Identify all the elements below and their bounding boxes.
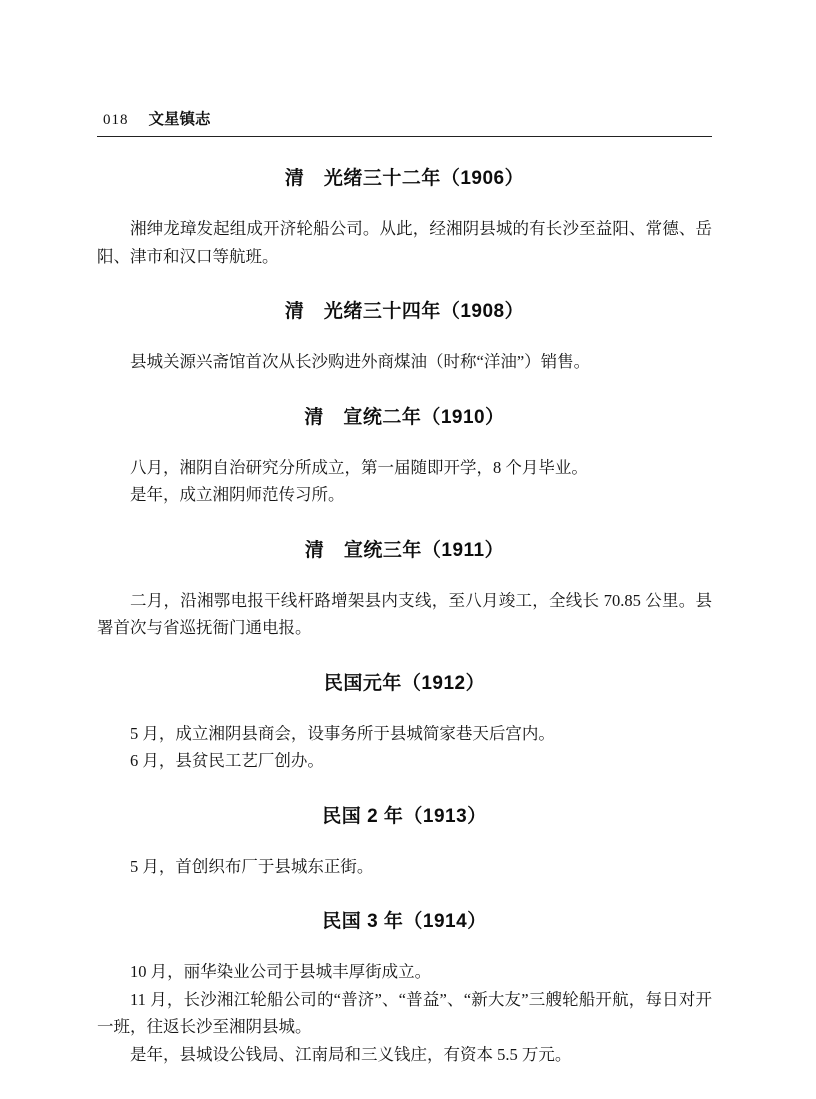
book-title: 文星镇志 <box>149 107 211 129</box>
paragraph: 县城关源兴斋馆首次从长沙购进外商煤油（时称“洋油”）销售。 <box>97 348 712 376</box>
paragraph: 11 月，长沙湘江轮船公司的“普济”、“普益”、“新大友”三艘轮船开航，每日对开… <box>97 986 712 1041</box>
section-1910: 清 宣统二年（1910） 八月，湘阴自治研究分所成立，第一届随即开学，8 个月毕… <box>97 402 712 509</box>
section-1912: 民国元年（1912） 5 月，成立湘阴县商会，设事务所于县城简家巷天后宫内。 6… <box>97 668 712 775</box>
page-number: 018 <box>103 112 129 129</box>
section-1913: 民国 2 年（1913） 5 月，首创织布厂于县城东正街。 <box>97 801 712 881</box>
paragraph: 6 月，县贫民工艺厂创办。 <box>97 747 712 775</box>
book-page: 018 文星镇志 清 光绪三十二年（1906） 湘绅龙璋发起组成开济轮船公司。从… <box>0 0 816 1099</box>
chronicle-content: 清 光绪三十二年（1906） 湘绅龙璋发起组成开济轮船公司。从此，经湘阴县城的有… <box>97 163 712 1068</box>
year-heading: 清 宣统三年（1911） <box>97 535 712 562</box>
year-heading: 清 光绪三十四年（1908） <box>97 296 712 323</box>
year-heading: 民国元年（1912） <box>97 668 712 695</box>
paragraph: 是年，县城设公钱局、江南局和三义钱庄，有资本 5.5 万元。 <box>97 1041 712 1069</box>
paragraph: 5 月，成立湘阴县商会，设事务所于县城简家巷天后宫内。 <box>97 720 712 748</box>
paragraph: 5 月，首创织布厂于县城东正街。 <box>97 853 712 881</box>
year-heading: 清 宣统二年（1910） <box>97 402 712 429</box>
section-1914: 民国 3 年（1914） 10 月，丽华染业公司于县城丰厚街成立。 11 月，长… <box>97 906 712 1068</box>
page-header: 018 文星镇志 <box>97 107 712 137</box>
year-heading: 清 光绪三十二年（1906） <box>97 163 712 190</box>
paragraph: 湘绅龙璋发起组成开济轮船公司。从此，经湘阴县城的有长沙至益阳、常德、岳阳、津市和… <box>97 215 712 270</box>
section-1911: 清 宣统三年（1911） 二月，沿湘鄂电报干线杆路增架县内支线，至八月竣工，全线… <box>97 535 712 642</box>
paragraph: 是年，成立湘阴师范传习所。 <box>97 481 712 509</box>
paragraph: 10 月，丽华染业公司于县城丰厚街成立。 <box>97 958 712 986</box>
year-heading: 民国 2 年（1913） <box>97 801 712 828</box>
paragraph: 八月，湘阴自治研究分所成立，第一届随即开学，8 个月毕业。 <box>97 454 712 482</box>
year-heading: 民国 3 年（1914） <box>97 906 712 933</box>
section-1908: 清 光绪三十四年（1908） 县城关源兴斋馆首次从长沙购进外商煤油（时称“洋油”… <box>97 296 712 376</box>
paragraph: 二月，沿湘鄂电报干线杆路增架县内支线，至八月竣工，全线长 70.85 公里。县署… <box>97 587 712 642</box>
section-1906: 清 光绪三十二年（1906） 湘绅龙璋发起组成开济轮船公司。从此，经湘阴县城的有… <box>97 163 712 270</box>
